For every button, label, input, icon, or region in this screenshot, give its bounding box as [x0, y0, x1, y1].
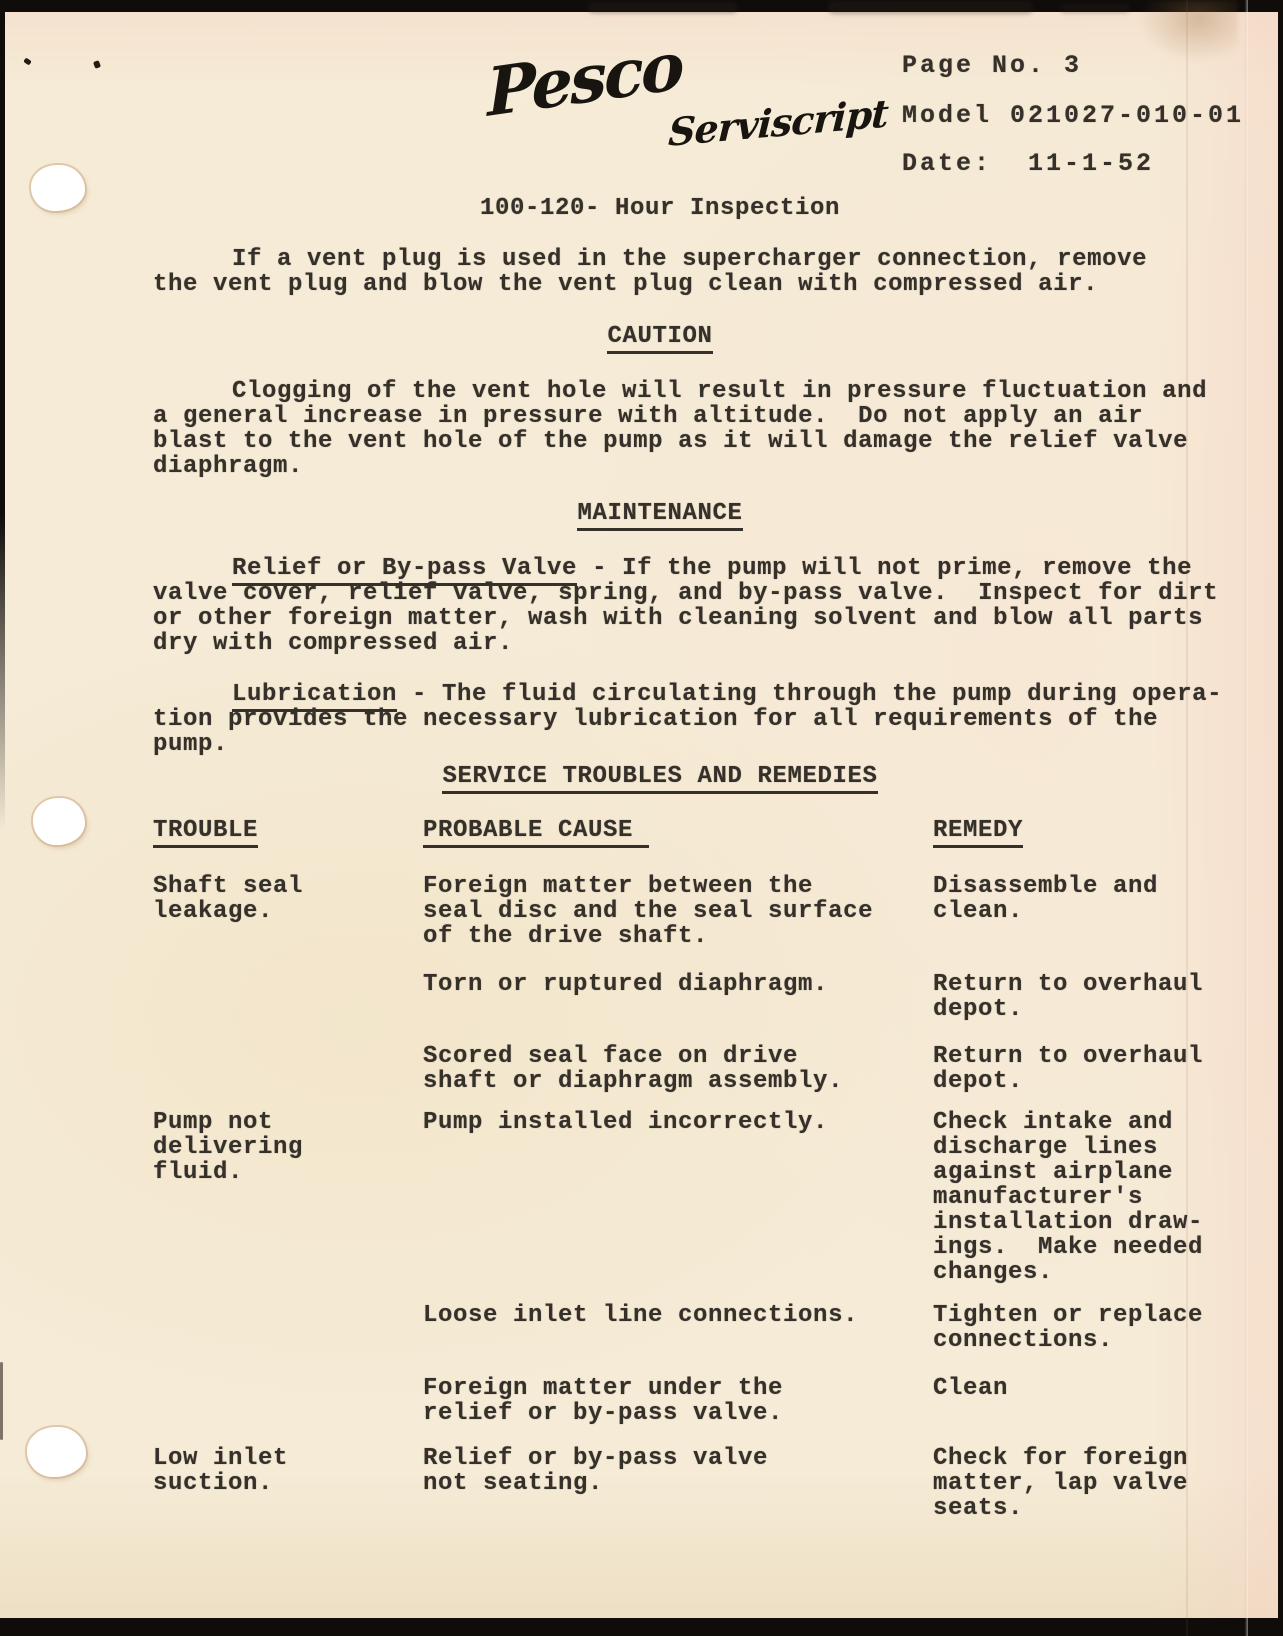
paper-fold-line	[1245, 0, 1248, 1636]
cause-cell: Scored seal face on drive shaft or diaph…	[423, 1044, 933, 1094]
troubles-table-header: TROUBLE PROBABLE CAUSE REMEDY	[153, 818, 1214, 843]
scanned-service-manual-page: Pesco ★ Serviscript Page No. 3 Model 021…	[0, 0, 1283, 1636]
remedy-cell: Return to overhaul depot.	[933, 1044, 1214, 1094]
cause-cell: Foreign matter between the seal disc and…	[423, 874, 933, 949]
punch-hole-bottom	[27, 1427, 86, 1477]
cause-cell: Loose inlet line connections.	[423, 1303, 933, 1353]
ink-smudge	[588, 2, 738, 13]
scan-edge-bottom	[0, 1618, 1283, 1636]
trouble-cell: Pump not delivering fluid.	[153, 1110, 423, 1285]
trouble-cell	[153, 972, 423, 1022]
caution-paragraph: Clogging of the vent hole will result in…	[153, 379, 1233, 479]
ink-smudge	[828, 1, 1033, 14]
table-row: Foreign matter under the relief or by-pa…	[153, 1376, 1214, 1426]
table-row: Loose inlet line connections. Tighten or…	[153, 1303, 1214, 1353]
intro-paragraph: If a vent plug is used in the supercharg…	[153, 247, 1233, 297]
remedy-cell: Disassemble and clean.	[933, 874, 1214, 949]
pesco-serviscript-logo: Pesco ★ Serviscript	[478, 50, 878, 175]
punch-hole-top	[31, 165, 85, 211]
ink-smudge	[1060, 3, 1130, 13]
remedy-cell: Tighten or replace connections.	[933, 1303, 1214, 1353]
remedy-cell: Return to overhaul depot.	[933, 972, 1214, 1022]
trouble-cell	[153, 1376, 423, 1426]
trouble-cell: Low inlet suction.	[153, 1446, 423, 1521]
cause-cell: Relief or by-pass valve not seating.	[423, 1446, 933, 1521]
trouble-cell	[153, 1303, 423, 1353]
remedy-cell: Clean	[933, 1376, 1214, 1426]
maintenance-heading-text: MAINTENANCE	[577, 500, 742, 531]
maintenance-heading: MAINTENANCE	[153, 501, 1167, 526]
caution-heading-text: CAUTION	[607, 323, 712, 354]
column-header-trouble: TROUBLE	[153, 818, 423, 843]
ink-speck	[23, 57, 32, 65]
cause-cell: Pump installed incorrectly.	[423, 1110, 933, 1285]
table-row: Pump not delivering fluid. Pump installe…	[153, 1110, 1214, 1285]
trouble-cell	[153, 1044, 423, 1094]
page-title: 100-120- Hour Inspection	[153, 196, 1167, 221]
scan-edge-right	[1278, 0, 1283, 1636]
caution-heading: CAUTION	[153, 324, 1167, 349]
cause-cell: Torn or ruptured diaphragm.	[423, 972, 933, 1022]
page-number: Page No. 3	[902, 53, 1262, 78]
punch-hole-middle	[33, 798, 85, 845]
document-date: Date: 11-1-52	[902, 151, 1262, 176]
remedy-cell: Check for foreign matter, lap valve seat…	[933, 1446, 1214, 1521]
table-row: Scored seal face on drive shaft or diaph…	[153, 1044, 1214, 1094]
column-header-probable-cause: PROBABLE CAUSE	[423, 818, 933, 843]
table-row: Low inlet suction. Relief or by-pass val…	[153, 1446, 1214, 1521]
ink-speck	[93, 60, 101, 69]
pesco-logo-text: Pesco	[486, 26, 683, 132]
trouble-cell: Shaft seal leakage.	[153, 874, 423, 949]
table-row: Shaft seal leakage. Foreign matter betwe…	[153, 874, 1214, 949]
service-troubles-heading: SERVICE TROUBLES AND REMEDIES	[153, 764, 1167, 789]
table-row: Torn or ruptured diaphragm. Return to ov…	[153, 972, 1214, 1022]
cause-cell: Foreign matter under the relief or by-pa…	[423, 1376, 933, 1426]
column-header-remedy: REMEDY	[933, 818, 1214, 843]
service-troubles-heading-text: SERVICE TROUBLES AND REMEDIES	[442, 763, 877, 794]
lubrication-paragraph: Lubrication - The fluid circulating thro…	[153, 682, 1233, 757]
scan-edge-left-lower	[0, 1362, 3, 1440]
relief-valve-paragraph: Relief or By-pass Valve - If the pump wi…	[153, 556, 1233, 656]
remedy-cell: Check intake and discharge lines against…	[933, 1110, 1214, 1285]
serviscript-logo-text: Serviscript	[667, 90, 889, 155]
model-number: Model 021027-010-01	[902, 103, 1262, 128]
scan-edge-left	[0, 0, 5, 830]
